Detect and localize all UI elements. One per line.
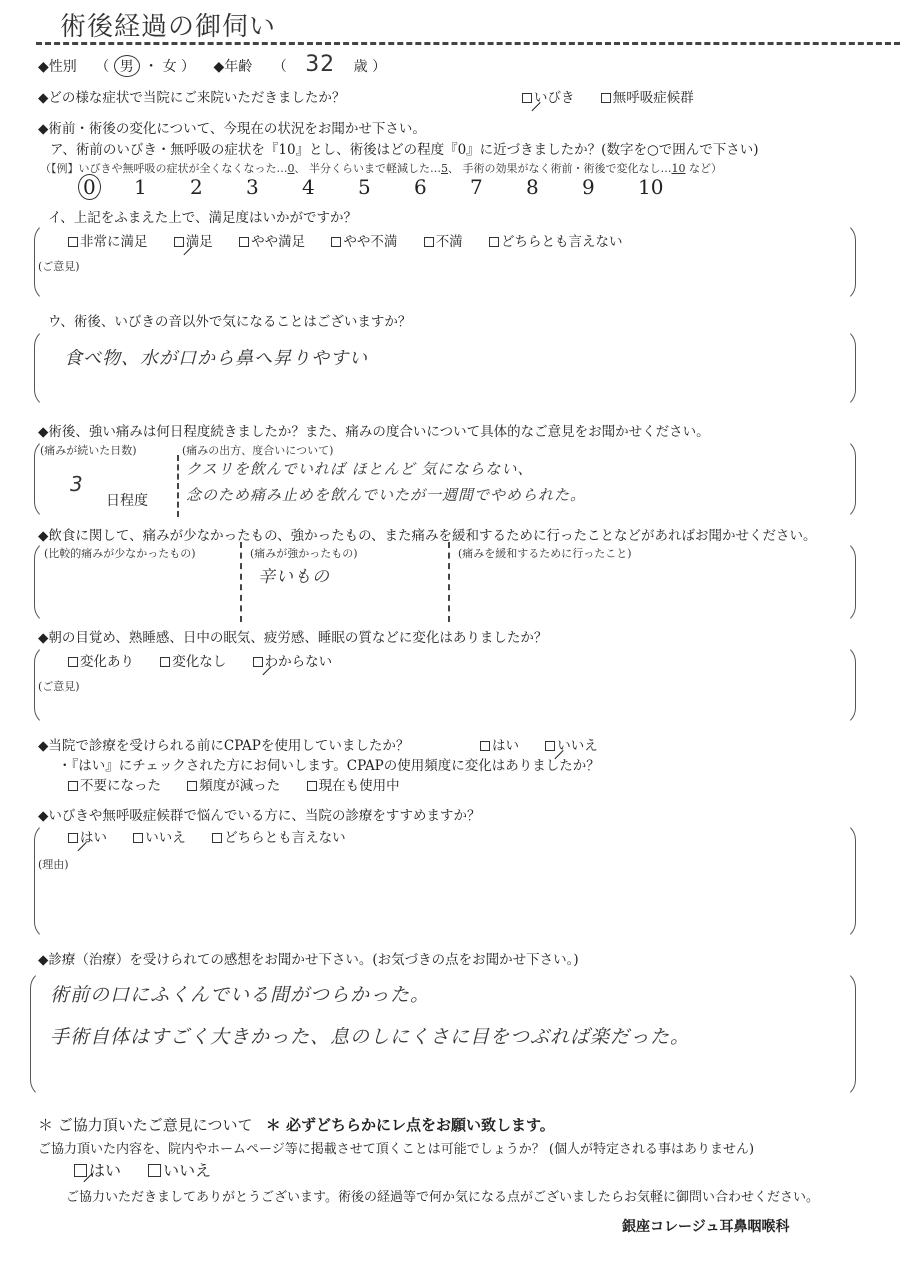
pain-question: ◆術後、強い痛みは何日程度続きましたか？また、痛みの度合いについて具体的なご意見… (38, 420, 710, 440)
satisfaction-option-satisfied[interactable]: 満足 (174, 230, 213, 250)
pain-detail-line1[interactable]: クスリを飲んでいれば ほとんど 気にならない、 (186, 458, 533, 479)
consent-thanks: ご協力いただきましてありがとうございます。術後の経過等で何か気になる点がございま… (66, 1186, 819, 1205)
recommend-option-no[interactable]: いいえ (133, 826, 186, 846)
cpap-followup-options: 不要になった 頻度が減った 現在も使用中 (68, 774, 422, 794)
satisfaction-option-very-satisfied[interactable]: 非常に満足 (68, 230, 148, 250)
pain-days-value[interactable]: 3 (70, 472, 84, 496)
age-label: ◆年齢 (214, 59, 253, 75)
consent-heading-b: ＊ 必ずどちらかにレ点をお願い致します。 (266, 1116, 555, 1134)
food-less-label: (比較的痛みが少なかったもの) (44, 545, 196, 561)
option-label: どちらとも言えない (501, 234, 623, 250)
impressions-line1[interactable]: 術前の口にふくんでいる間がつらかった。 (50, 980, 430, 1007)
option-label: はい (492, 738, 519, 754)
sleep-question: ◆朝の目覚め、熟睡感、日中の眠気、疲労感、睡眠の質などに変化はありましたか？ (38, 626, 547, 646)
age-value[interactable]: 32 (305, 52, 335, 77)
change-a-question: ア、術前のいびき・無呼吸の症状を『10』とし、術後はどの程度『0』に近づきました… (50, 138, 759, 158)
other-concerns-answer[interactable]: 食べ物、水が口から鼻へ昇りやすい (64, 344, 368, 370)
checkbox-icon (239, 237, 249, 247)
checkbox-icon (424, 237, 434, 247)
option-label: いいえ (163, 1161, 211, 1180)
other-concerns-question: ウ、術後、いびきの音以外で気になることはございますか？ (48, 310, 411, 330)
checkbox-icon (160, 657, 170, 667)
age-unit: 歳 (354, 59, 368, 75)
gender-female-option[interactable]: 女 (163, 59, 177, 75)
food-strong-label: (痛みが強かったもの) (250, 545, 358, 561)
checkbox-icon (148, 1164, 161, 1177)
option-label: いびき (534, 90, 575, 106)
option-label: 頻度が減った (199, 778, 280, 794)
symptom-options: いびき 無呼吸症候群 (522, 86, 716, 106)
pain-divider (177, 455, 179, 517)
checkbox-icon (68, 237, 78, 247)
symptom-option-snoring[interactable]: いびき (522, 86, 575, 106)
option-label: 変化あり (80, 654, 134, 670)
scale-6[interactable]: 6 (414, 175, 470, 199)
scale-0[interactable]: 0 (78, 174, 134, 200)
option-label: 無呼吸症候群 (613, 90, 694, 106)
pain-days-unit: 日程度 (106, 490, 148, 510)
sleep-comment-label: (ご意見) (38, 678, 80, 694)
sleep-option-changed[interactable]: 変化あり (68, 650, 134, 670)
recommend-reason-label: (理由) (38, 856, 69, 872)
option-label: 変化なし (172, 654, 226, 670)
cpap-followup: ・『はい』にチェックされた方にお伺いします。CPAPの使用頻度に変化はありました… (58, 754, 600, 774)
gender-label: ◆性別 (38, 59, 77, 75)
symptom-question: ◆どの様な症状で当院にご来院いただきましたか？ (38, 86, 345, 106)
option-label: いいえ (557, 738, 598, 754)
cpap-option-unneeded[interactable]: 不要になった (68, 774, 161, 794)
pain-detail-line2[interactable]: 念のため痛み止めを飲んでいたが一週間でやめられた。 (186, 484, 586, 505)
food-divider-2 (448, 542, 450, 622)
food-strong-value[interactable]: 辛いもの (258, 562, 330, 587)
checkbox-checked-icon (253, 657, 263, 667)
cpap-option-no[interactable]: いいえ (545, 734, 598, 754)
symptom-option-apnea[interactable]: 無呼吸症候群 (601, 86, 694, 106)
clinic-name: 銀座コレージュ耳鼻咽喉科 (622, 1216, 789, 1236)
satisfaction-comment-label: (ご意見) (38, 258, 80, 274)
checkbox-icon (480, 741, 490, 751)
checkbox-icon (489, 237, 499, 247)
checkbox-icon (307, 781, 317, 791)
option-label: 非常に満足 (80, 234, 148, 250)
change-scale: 012345678910 (78, 174, 694, 200)
consent-heading: ＊ ご協力頂いたご意見について ＊ 必ずどちらかにレ点をお願い致します。 (38, 1114, 555, 1135)
recommend-option-neither[interactable]: どちらとも言えない (212, 826, 346, 846)
change-heading: ◆術前・術後の変化について、今現在の状況をお聞かせ下さい。 (38, 117, 426, 137)
paren: ） (181, 59, 195, 75)
checkbox-icon (331, 237, 341, 247)
checkbox-checked-icon (68, 833, 78, 843)
consent-options: はい いいえ (74, 1158, 233, 1181)
separator: ・ (144, 59, 158, 75)
option-label: やや満足 (251, 234, 305, 250)
satisfaction-options: 非常に満足 満足 やや満足 やや不満 不満 どちらとも言えない (68, 230, 644, 250)
consent-option-no[interactable]: いいえ (148, 1158, 211, 1181)
satisfaction-option-somewhat-dissatisfied[interactable]: やや不満 (331, 230, 397, 250)
sleep-option-unknown[interactable]: わからない (253, 650, 333, 670)
checkbox-checked-icon (174, 237, 184, 247)
recommend-option-yes[interactable]: はい (68, 826, 107, 846)
scale-10[interactable]: 10 (638, 175, 694, 199)
food-relief-label: (痛みを緩和するために行ったこと) (458, 545, 632, 561)
impressions-line2[interactable]: 手術自体はすごく大きかった、息のしにくさに目をつぶれば楽だった。 (50, 1022, 690, 1049)
scale-9[interactable]: 9 (582, 175, 638, 199)
option-label: 不満 (436, 234, 463, 250)
consent-question: ご協力頂いた内容を、院内やホームページ等に掲載させて頂くことは可能でしょうか？ … (38, 1138, 754, 1157)
scale-3[interactable]: 3 (246, 175, 302, 199)
scale-7[interactable]: 7 (470, 175, 526, 199)
checkbox-checked-icon (545, 741, 555, 751)
title-divider (36, 42, 900, 45)
gender-row: ◆性別 （ 男 ・ 女 ） ◆年齢 （ 32 歳 ） (38, 52, 386, 77)
paren: ） (372, 59, 386, 75)
scale-1[interactable]: 1 (134, 175, 190, 199)
cpap-option-yes[interactable]: はい (480, 734, 519, 754)
gender-male-option[interactable]: 男 (114, 55, 140, 77)
scale-value: 0 (78, 174, 101, 200)
scale-8[interactable]: 8 (526, 175, 582, 199)
cpap-option-still-using[interactable]: 現在も使用中 (307, 774, 400, 794)
option-label: わからない (265, 654, 333, 670)
option-label: 不要になった (80, 778, 161, 794)
option-label: いいえ (145, 830, 186, 846)
satisfaction-option-dissatisfied[interactable]: 不満 (424, 230, 463, 250)
option-label: やや不満 (343, 234, 397, 250)
consent-option-yes[interactable]: はい (74, 1158, 121, 1181)
checkbox-icon (187, 781, 197, 791)
paren: （ (273, 59, 287, 75)
scale-2[interactable]: 2 (190, 175, 246, 199)
satisfaction-option-somewhat-satisfied[interactable]: やや満足 (239, 230, 305, 250)
sleep-option-no-change[interactable]: 変化なし (160, 650, 226, 670)
satisfaction-option-neither[interactable]: どちらとも言えない (489, 230, 623, 250)
option-label: どちらとも言えない (224, 830, 346, 846)
checkbox-icon (68, 781, 78, 791)
page-title: 術後経過の御伺い (60, 6, 276, 43)
pain-box (34, 438, 856, 520)
cpap-option-reduced[interactable]: 頻度が減った (187, 774, 280, 794)
scale-5[interactable]: 5 (358, 175, 414, 199)
checkbox-icon (601, 93, 611, 103)
checkbox-icon (212, 833, 222, 843)
food-divider-1 (240, 542, 242, 622)
option-label: はい (89, 1161, 121, 1180)
cpap-question: ◆当院で診療を受けられる前にCPAPを使用していましたか？ (38, 734, 409, 754)
paren: （ (95, 59, 109, 75)
recommend-options: はい いいえ どちらとも言えない (68, 826, 368, 846)
pain-detail-label: (痛みの出方、度合いについて) (182, 442, 333, 458)
impressions-question: ◆診療（治療）を受けられての感想をお聞かせ下さい。(お気づきの点をお聞かせ下さい… (38, 948, 579, 968)
option-label: 現在も使用中 (319, 778, 400, 794)
cpap-options: はい いいえ (480, 734, 620, 754)
sleep-options: 変化あり 変化なし わからない (68, 650, 354, 670)
checkbox-icon (68, 657, 78, 667)
pain-days-label: (痛みが続いた日数) (40, 442, 137, 458)
consent-heading-a: ＊ ご協力頂いたご意見について (38, 1116, 252, 1134)
scale-4[interactable]: 4 (302, 175, 358, 199)
recommend-question: ◆いびきや無呼吸症候群で悩んでいる方に、当院の診療をすすめますか？ (38, 804, 481, 824)
checkbox-checked-icon (74, 1164, 87, 1177)
checkbox-checked-icon (522, 93, 532, 103)
checkbox-icon (133, 833, 143, 843)
